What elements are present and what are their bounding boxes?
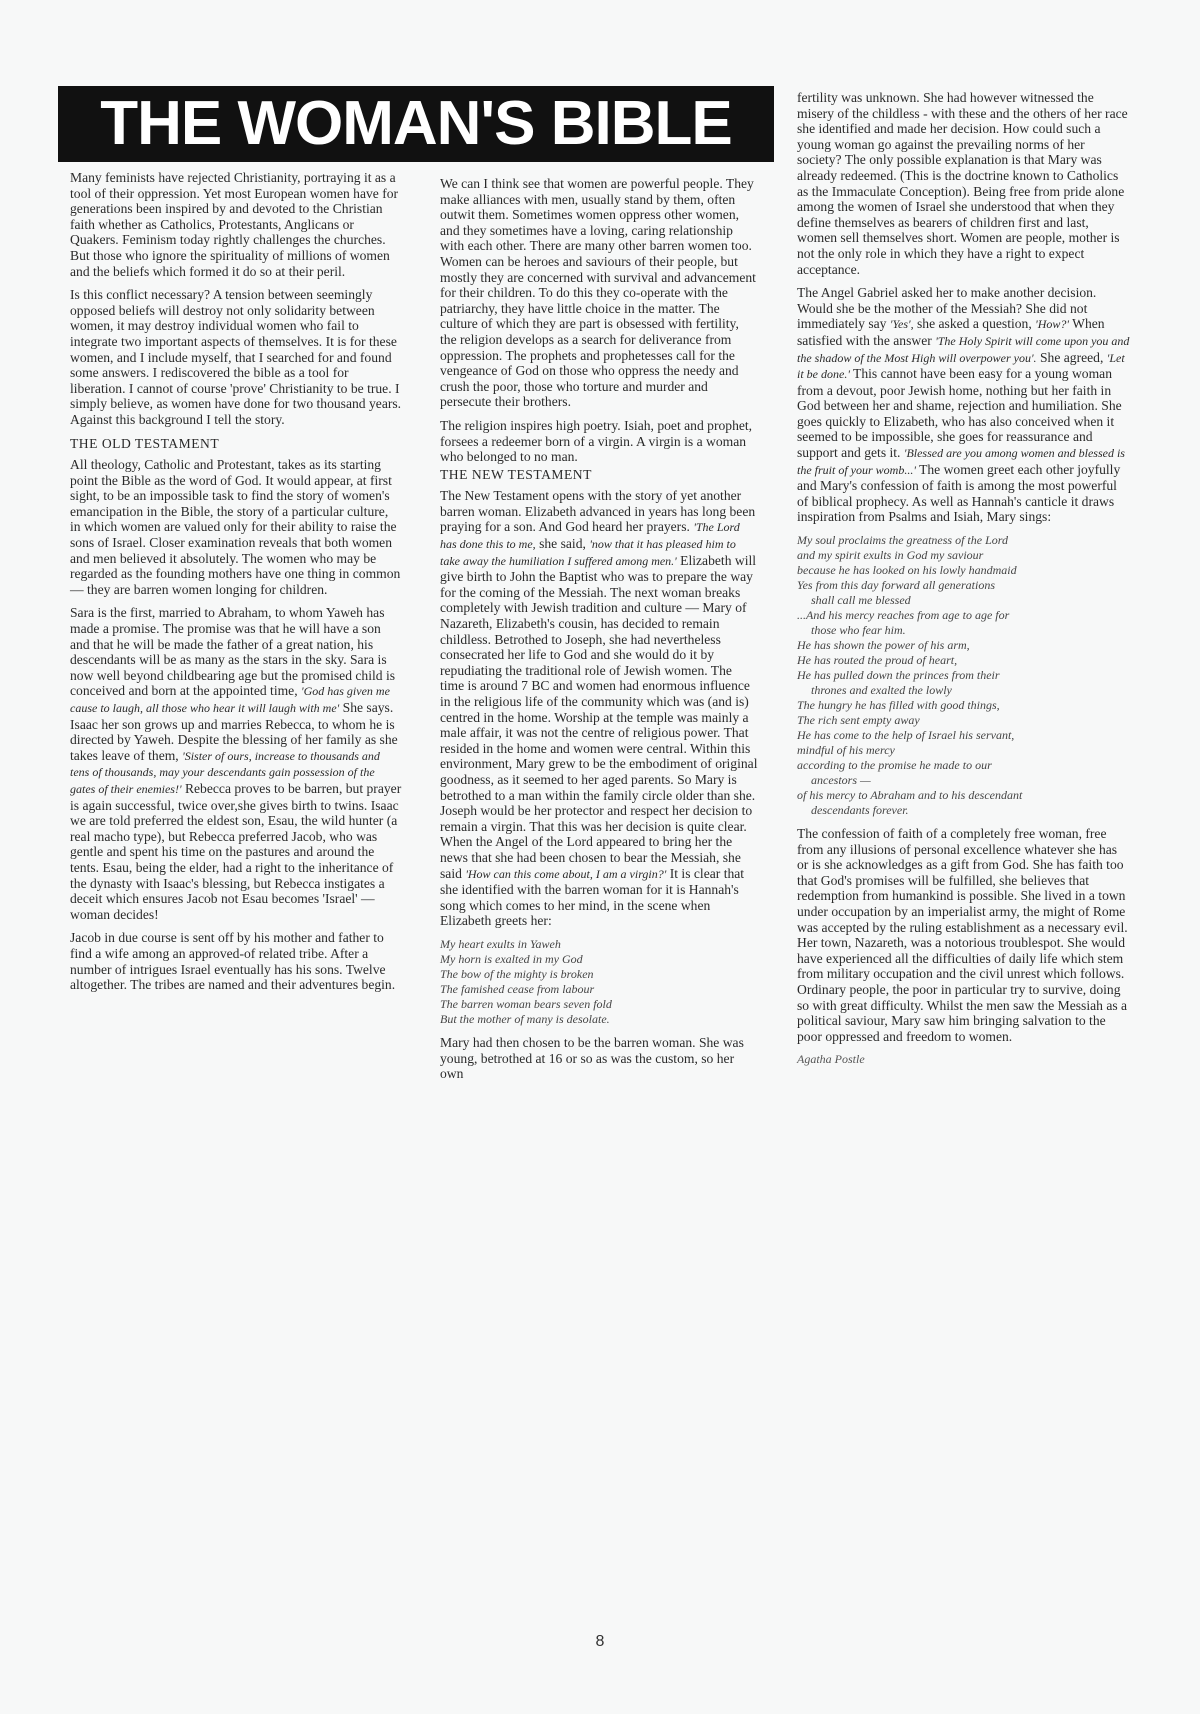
quote: 'Yes', bbox=[890, 317, 914, 331]
column-3: fertility was unknown. She had however w… bbox=[797, 90, 1131, 1068]
text: Elizabeth will give birth to John the Ba… bbox=[440, 553, 757, 881]
text: she said, bbox=[539, 536, 586, 551]
article-title: THE WOMAN'S BIBLE bbox=[100, 93, 732, 155]
paragraph: Many feminists have rejected Christianit… bbox=[70, 170, 402, 279]
poem-hannah: My heart exults in Yaweh My horn is exal… bbox=[440, 937, 758, 1027]
paragraph: We can I think see that women are powerf… bbox=[440, 176, 758, 410]
poem-line: The barren woman bears seven fold bbox=[440, 997, 758, 1012]
poem-line: ...And his mercy reaches from age to age… bbox=[797, 608, 1131, 623]
paragraph: The New Testament opens with the story o… bbox=[440, 488, 758, 929]
poem-line: The hungry he has filled with good thing… bbox=[797, 698, 1131, 713]
paragraph: The Angel Gabriel asked her to make anot… bbox=[797, 285, 1131, 525]
poem-line: because he has looked on his lowly handm… bbox=[797, 563, 1131, 578]
poem-line: My heart exults in Yaweh bbox=[440, 937, 758, 952]
paragraph: Jacob in due course is sent off by his m… bbox=[70, 930, 402, 992]
paragraph: The religion inspires high poetry. Isiah… bbox=[440, 418, 758, 465]
paragraph: Mary had then chosen to be the barren wo… bbox=[440, 1035, 758, 1082]
poem-line: those who fear him. bbox=[797, 623, 1131, 638]
poem-line: The famished cease from labour bbox=[440, 982, 758, 997]
poem-magnificat: My soul proclaims the greatness of the L… bbox=[797, 533, 1131, 818]
poem-line: He has routed the proud of heart, bbox=[797, 653, 1131, 668]
quote: 'How?' bbox=[1035, 317, 1069, 331]
paragraph: The confession of faith of a completely … bbox=[797, 826, 1131, 1044]
poem-line: But the mother of many is desolate. bbox=[440, 1012, 758, 1027]
poem-line: The bow of the mighty is broken bbox=[440, 967, 758, 982]
quote: 'How can this come about, I am a virgin?… bbox=[465, 867, 666, 881]
column-2: We can I think see that women are powerf… bbox=[440, 176, 758, 1090]
text: She agreed, bbox=[1040, 350, 1103, 365]
text: Rebecca proves to be barren, but prayer … bbox=[70, 781, 401, 922]
poem-line: shall call me blessed bbox=[797, 593, 1131, 608]
poem-line: and my spirit exults in God my saviour bbox=[797, 548, 1131, 563]
section-heading-new-testament: THE NEW TESTAMENT bbox=[440, 467, 758, 483]
poem-line: of his mercy to Abraham and to his desce… bbox=[797, 788, 1131, 803]
author-signature: Agatha Postle bbox=[797, 1052, 1131, 1068]
poem-line: descendants forever. bbox=[797, 803, 1131, 818]
section-heading-old-testament: THE OLD TESTAMENT bbox=[70, 436, 402, 452]
poem-line: mindful of his mercy bbox=[797, 743, 1131, 758]
poem-line: Yes from this day forward all generation… bbox=[797, 578, 1131, 593]
text: she asked a question, bbox=[917, 316, 1032, 331]
poem-line: thrones and exalted the lowly bbox=[797, 683, 1131, 698]
title-banner: THE WOMAN'S BIBLE bbox=[58, 86, 774, 162]
magazine-page: THE WOMAN'S BIBLE Many feminists have re… bbox=[0, 0, 1200, 1714]
poem-line: The rich sent empty away bbox=[797, 713, 1131, 728]
poem-line: according to the promise he made to our bbox=[797, 758, 1131, 773]
poem-line: ancestors — bbox=[797, 773, 1131, 788]
paragraph: Sara is the first, married to Abraham, t… bbox=[70, 605, 402, 922]
paragraph: All theology, Catholic and Protestant, t… bbox=[70, 457, 402, 597]
page-number: 8 bbox=[0, 1633, 1200, 1651]
column-1: Many feminists have rejected Christianit… bbox=[70, 170, 402, 1001]
poem-line: He has pulled down the princes from thei… bbox=[797, 668, 1131, 683]
poem-line: He has shown the power of his arm, bbox=[797, 638, 1131, 653]
paragraph: Is this conflict necessary? A tension be… bbox=[70, 287, 402, 427]
paragraph: fertility was unknown. She had however w… bbox=[797, 90, 1131, 277]
poem-line: My soul proclaims the greatness of the L… bbox=[797, 533, 1131, 548]
poem-line: He has come to the help of Israel his se… bbox=[797, 728, 1131, 743]
poem-line: My horn is exalted in my God bbox=[440, 952, 758, 967]
